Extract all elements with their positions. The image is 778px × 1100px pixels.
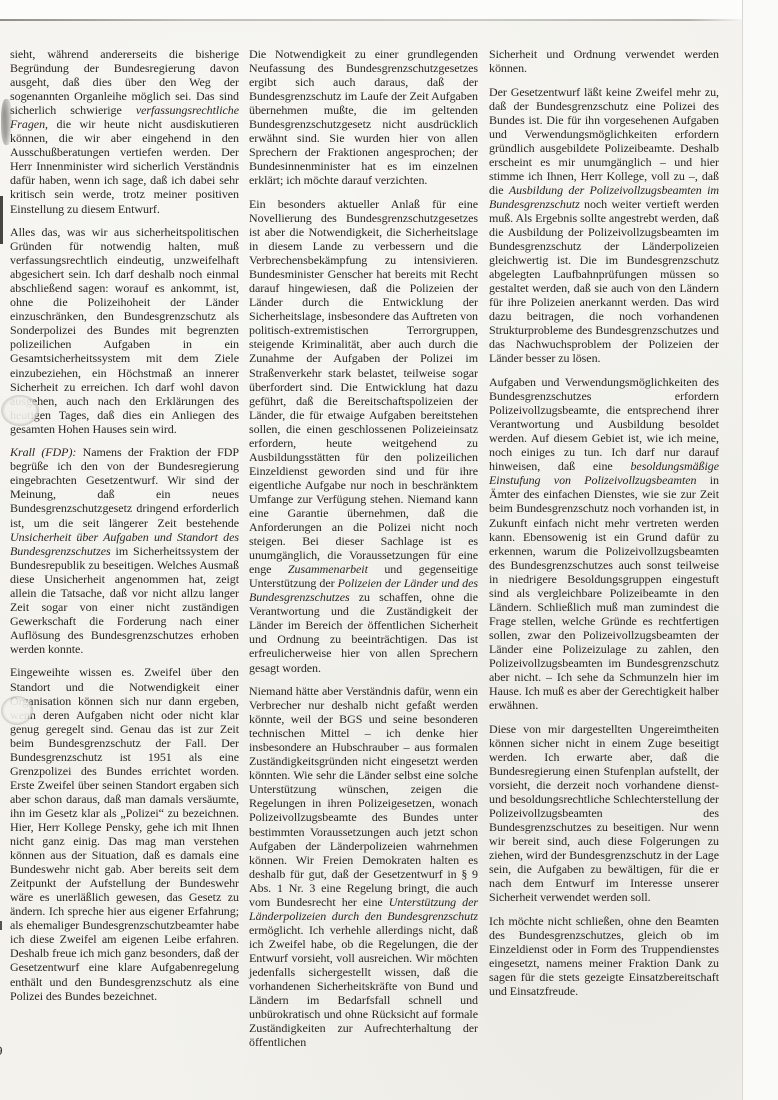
italic-text-segment: Krall (FDP): (10, 445, 76, 459)
scanned-document-page: { "page": { "language": "de", "artifacts… (0, 0, 778, 1100)
text-segment: Niemand hätte aber Verständnis dafür, we… (249, 684, 478, 909)
text-segment: Ich möchte nicht schließen, ohne den Bea… (489, 914, 719, 998)
text-segment: Sicherheit und Ordnung verwendet werden … (489, 47, 719, 75)
paragraph: Eingeweihte wissen es. Zweifel über den … (10, 665, 239, 1002)
text-segment: ermöglicht. Ich verhehle allerdings nich… (249, 923, 478, 1049)
text-segment: die wir heute nicht ausdiskutieren könne… (10, 117, 239, 215)
paragraph: sieht, während andererseits die bisherig… (10, 47, 239, 216)
text-segment: in Ämter des einfachen Dienstes, wie sie… (489, 473, 719, 712)
italic-text-segment: Zusammenarbeit (288, 562, 368, 576)
text-column-3: Sicherheit und Ordnung verwendet werden … (489, 47, 719, 1008)
text-column-1: sieht, während andererseits die bisherig… (10, 47, 239, 1012)
text-segment: Eingeweihte wissen es. Zweifel über den … (10, 665, 239, 1002)
text-segment: im Sicherheitssystem der Bundesrepublik … (10, 544, 239, 656)
paragraph: Der Gesetzentwurf läßt keine Zweifel meh… (489, 85, 719, 366)
paragraph: Diese von mir dargestellten Ungereimthei… (489, 722, 719, 905)
paragraph: Niemand hätte aber Verständnis dafür, we… (249, 684, 478, 1049)
paragraph: Sicherheit und Ordnung verwendet werden … (489, 47, 719, 75)
paragraph: Aufgaben und Verwendungsmöglichkeiten de… (489, 375, 719, 712)
ink-smudge-mark (1, 99, 12, 145)
paragraph: Die Notwendigkeit zu einer grundlegenden… (249, 47, 478, 187)
page-number-fragment: 9 (0, 1043, 3, 1059)
text-segment: noch weiter vertieft werden muß. Als Erg… (489, 197, 719, 366)
correction-smudge-mark (1, 696, 33, 725)
text-segment: Ein besonders aktueller Anlaß für eine N… (249, 197, 478, 576)
page-right-edge (742, 0, 778, 1100)
text-column-2: Die Notwendigkeit zu einer grundlegenden… (249, 47, 478, 1059)
page-top-edge-line (0, 19, 748, 21)
correction-smudge-mark (1, 395, 39, 426)
text-segment: Die Notwendigkeit zu einer grundlegenden… (249, 47, 478, 187)
text-segment: Der Gesetzentwurf läßt keine Zweifel meh… (489, 85, 719, 197)
scan-edge-mark (0, 921, 2, 930)
paragraph: Alles das, was wir aus sicherheitspoliti… (10, 225, 239, 436)
paragraph: Ich möchte nicht schließen, ohne den Bea… (489, 914, 719, 998)
paragraph: Ein besonders aktueller Anlaß für eine N… (249, 197, 478, 675)
scan-top-margin (0, 0, 778, 21)
text-segment: Diese von mir dargestellten Ungereimthei… (489, 722, 719, 905)
paragraph: Krall (FDP): Namens der Fraktion der FDP… (10, 445, 239, 656)
text-segment: Alles das, was wir aus sicherheitspoliti… (10, 225, 239, 436)
scan-edge-mark (0, 196, 3, 244)
